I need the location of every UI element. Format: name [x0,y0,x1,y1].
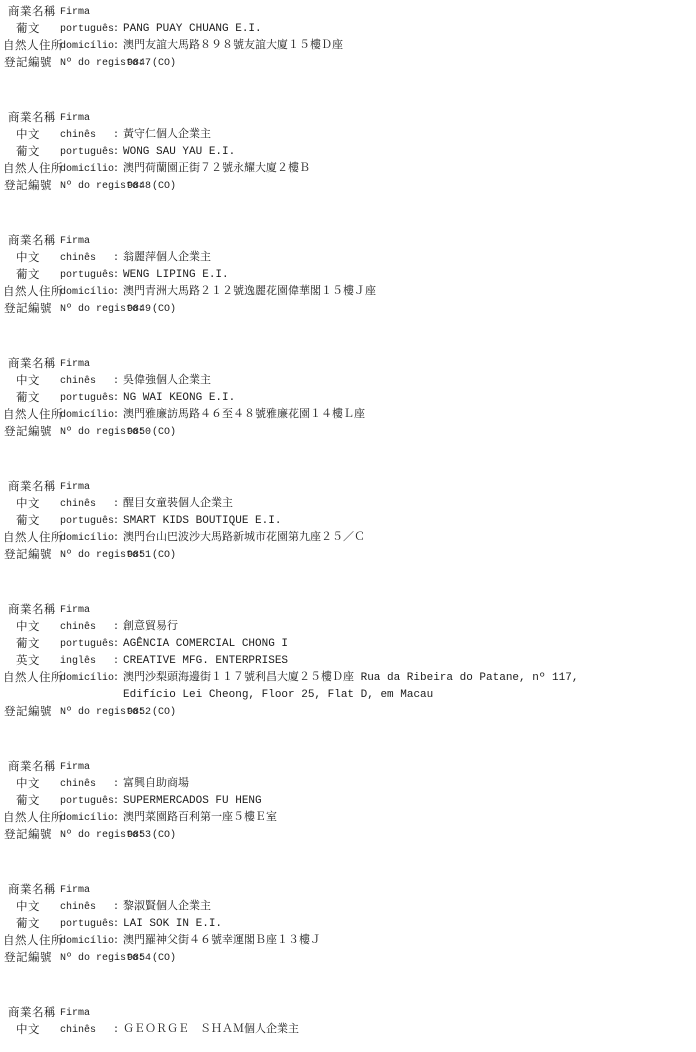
label-address-pt: domicílio [60,407,114,424]
label-portuguese-zh: 葡文 [16,916,40,933]
colon-separator: : [113,670,119,687]
business-name-header-row: 商業名稱 Firma [0,882,696,899]
business-name-header-row: 商業名稱 Firma [0,602,696,619]
label-address-zh: 自然人住所 [3,530,63,547]
label-address-zh: 自然人住所 [3,284,63,301]
chinese-name-value: 黎淑賢個人企業主 [123,899,211,916]
label-portuguese-pt: português [60,267,114,284]
label-portuguese-pt: português [60,513,114,530]
label-chinese-zh: 中文 [16,250,40,267]
registration-number-value: 9851 [127,547,151,564]
label-chinese-zh: 中文 [16,1022,40,1039]
label-address-pt: domicílio [60,530,114,547]
registration-suffix: (CO) [152,178,176,195]
label-address-pt: domicílio [60,810,114,827]
colon-separator: : [113,793,119,810]
label-chinese-pt: chinês [60,1022,96,1039]
chinese-name-value: 創意貿易行 [123,619,178,636]
registry-entry: 商業名稱 Firma 中文 chinês : 翁麗萍個人企業主 葡文 portu… [0,233,696,318]
address-row: 自然人住所 domicílio : 澳門沙梨頭海邊街１１７號利昌大廈２５樓Ｄ座 … [0,670,696,687]
chinese-name-row: 中文 chinês : ＧＥＯＲＧＥ ＳＨＡＭ個人企業主 [0,1022,696,1039]
colon-separator: : [113,161,119,178]
registration-number-value: 9852 [127,704,151,721]
label-business-name-zh: 商業名稱 [8,882,56,899]
label-registration-zh: 登記編號 [4,301,52,318]
colon-separator: : [113,373,119,390]
registration-suffix: (CO) [152,950,176,967]
registry-entry: 商業名稱 Firma 中文 chinês : 醒目女童裝個人企業主 葡文 por… [0,479,696,564]
chinese-name-value: 吳偉強個人企業主 [123,373,211,390]
label-portuguese-zh: 葡文 [16,636,40,653]
portuguese-name-row: 葡文 português : SMART KIDS BOUTIQUE E.I. [0,513,696,530]
label-business-name-pt: Firma [60,4,90,21]
label-chinese-pt: chinês [60,127,96,144]
colon-separator: : [113,899,119,916]
chinese-name-row: 中文 chinês : 富興自助商場 [0,776,696,793]
label-english-pt: inglês [60,653,96,670]
portuguese-name-value: WENG LIPING E.I. [123,267,229,284]
colon-separator: : [113,390,119,407]
chinese-name-row: 中文 chinês : 黎淑賢個人企業主 [0,899,696,916]
registration-number-row: 登記編號 Nº do registo: 9851 (CO) [0,547,696,564]
label-business-name-pt: Firma [60,882,90,899]
colon-separator: : [113,250,119,267]
colon-separator: : [113,619,119,636]
chinese-name-value: ＧＥＯＲＧＥ ＳＨＡＭ個人企業主 [123,1022,299,1039]
portuguese-name-value: PANG PUAY CHUANG E.I. [123,21,262,38]
registration-suffix: (CO) [152,424,176,441]
label-portuguese-zh: 葡文 [16,267,40,284]
address-row: 自然人住所 domicílio : 澳門荷蘭園正街７２號永耀大廈２樓Ｂ [0,161,696,178]
label-portuguese-pt: português [60,21,114,38]
registration-suffix: (CO) [152,301,176,318]
colon-separator: : [113,513,119,530]
portuguese-name-row: 葡文 português : NG WAI KEONG E.I. [0,390,696,407]
colon-separator: : [113,933,119,950]
label-address-zh: 自然人住所 [3,38,63,55]
address-row-continuation: Edifício Lei Cheong, Floor 25, Flat D, e… [0,687,696,704]
chinese-name-value: 翁麗萍個人企業主 [123,250,211,267]
portuguese-name-value: NG WAI KEONG E.I. [123,390,235,407]
label-address-zh: 自然人住所 [3,810,63,827]
business-name-header-row: 商業名稱 Firma [0,356,696,373]
chinese-name-value: 黃守仁個人企業主 [123,127,211,144]
portuguese-name-value: SMART KIDS BOUTIQUE E.I. [123,513,281,530]
colon-separator: : [113,810,119,827]
label-chinese-zh: 中文 [16,899,40,916]
label-registration-zh: 登記編號 [4,424,52,441]
label-registration-zh: 登記編號 [4,827,52,844]
label-address-pt: domicílio [60,161,114,178]
label-chinese-pt: chinês [60,250,96,267]
portuguese-name-value: SUPERMERCADOS FU HENG [123,793,262,810]
registry-entry: 商業名稱 Firma 中文 chinês : 黃守仁個人企業主 葡文 portu… [0,110,696,195]
registration-number-value: 9848 [127,178,151,195]
colon-separator: : [113,21,119,38]
chinese-name-row: 中文 chinês : 黃守仁個人企業主 [0,127,696,144]
registry-entry: 商業名稱 Firma 中文 chinês : 創意貿易行 葡文 portuguê… [0,602,696,721]
registry-entry: 商業名稱 Firma 中文 chinês : 富興自助商場 葡文 portugu… [0,759,696,844]
label-portuguese-zh: 葡文 [16,513,40,530]
registry-entry: 商業名稱 Firma 中文 chinês : 吳偉強個人企業主 葡文 portu… [0,356,696,441]
scanned-registry-page: 商業名稱 Firma 葡文 português : PANG PUAY CHUA… [0,0,696,1052]
address-value-line1: 澳門荷蘭園正街７２號永耀大廈２樓Ｂ [123,161,310,178]
label-business-name-zh: 商業名稱 [8,110,56,127]
registry-entries-list: 商業名稱 Firma 葡文 português : PANG PUAY CHUA… [0,4,696,1039]
label-business-name-pt: Firma [60,110,90,127]
label-registration-zh: 登記編號 [4,547,52,564]
label-chinese-pt: chinês [60,776,96,793]
colon-separator: : [113,776,119,793]
label-business-name-zh: 商業名稱 [8,233,56,250]
english-name-value: CREATIVE MFG. ENTERPRISES [123,653,288,670]
label-business-name-pt: Firma [60,1005,90,1022]
registration-number-row: 登記編號 Nº do registo: 9852 (CO) [0,704,696,721]
address-row: 自然人住所 domicílio : 澳門青洲大馬路２１２號逸麗花園偉華閣１５樓Ｊ… [0,284,696,301]
colon-separator: : [113,267,119,284]
colon-separator: : [113,916,119,933]
colon-separator: : [113,407,119,424]
label-business-name-zh: 商業名稱 [8,479,56,496]
label-chinese-pt: chinês [60,619,96,636]
colon-separator: : [113,284,119,301]
label-address-zh: 自然人住所 [3,407,63,424]
portuguese-name-row: 葡文 português : AGÊNCIA COMERCIAL CHONG I [0,636,696,653]
business-name-header-row: 商業名稱 Firma [0,759,696,776]
label-registration-zh: 登記編號 [4,178,52,195]
portuguese-name-value: WONG SAU YAU E.I. [123,144,235,161]
label-address-zh: 自然人住所 [3,670,63,687]
business-name-header-row: 商業名稱 Firma [0,1005,696,1022]
registry-entry: 商業名稱 Firma 中文 chinês : ＧＥＯＲＧＥ ＳＨＡＭ個人企業主 [0,1005,696,1039]
label-portuguese-pt: português [60,636,114,653]
address-row: 自然人住所 domicílio : 澳門台山巴波沙大馬路新城市花園第九座２５／Ｃ [0,530,696,547]
address-value-line1: 澳門台山巴波沙大馬路新城市花園第九座２５／Ｃ [123,530,365,547]
chinese-name-row: 中文 chinês : 翁麗萍個人企業主 [0,250,696,267]
label-chinese-pt: chinês [60,899,96,916]
label-chinese-zh: 中文 [16,127,40,144]
label-chinese-zh: 中文 [16,496,40,513]
registration-number-value: 9847 [127,55,151,72]
portuguese-name-row: 葡文 português : WENG LIPING E.I. [0,267,696,284]
chinese-name-row: 中文 chinês : 創意貿易行 [0,619,696,636]
label-business-name-zh: 商業名稱 [8,759,56,776]
registration-suffix: (CO) [152,704,176,721]
label-portuguese-zh: 葡文 [16,21,40,38]
label-registration-zh: 登記編號 [4,704,52,721]
chinese-name-row: 中文 chinês : 醒目女童裝個人企業主 [0,496,696,513]
registration-suffix: (CO) [152,827,176,844]
label-portuguese-zh: 葡文 [16,144,40,161]
address-value-line2: Edifício Lei Cheong, Floor 25, Flat D, e… [123,687,433,704]
label-portuguese-pt: português [60,390,114,407]
registration-number-value: 9850 [127,424,151,441]
address-value-line1: 澳門羅神父街４６號幸運閣Ｂ座１３樓Ｊ [123,933,321,950]
label-chinese-pt: chinês [60,373,96,390]
registration-number-row: 登記編號 Nº do registo: 9853 (CO) [0,827,696,844]
business-name-header-row: 商業名稱 Firma [0,110,696,127]
address-value-line1: 澳門雅廉訪馬路４６至４８號雅廉花園１４樓Ｌ座 [123,407,365,424]
label-portuguese-zh: 葡文 [16,793,40,810]
address-value-line1: 澳門沙梨頭海邊街１１７號利昌大廈２５樓Ｄ座 Rua da Ribeira do … [123,670,578,687]
registry-entry: 商業名稱 Firma 中文 chinês : 黎淑賢個人企業主 葡文 portu… [0,882,696,967]
portuguese-name-row: 葡文 português : LAI SOK IN E.I. [0,916,696,933]
label-english-zh: 英文 [16,653,40,670]
label-address-pt: domicílio [60,933,114,950]
address-row: 自然人住所 domicílio : 澳門雅廉訪馬路４６至４８號雅廉花園１４樓Ｌ座 [0,407,696,424]
registration-number-row: 登記編號 Nº do registo: 9854 (CO) [0,950,696,967]
business-name-header-row: 商業名稱 Firma [0,233,696,250]
label-business-name-pt: Firma [60,233,90,250]
label-address-pt: domicílio [60,38,114,55]
label-address-zh: 自然人住所 [3,933,63,950]
address-value-line1: 澳門青洲大馬路２１２號逸麗花園偉華閣１５樓Ｊ座 [123,284,376,301]
business-name-header-row: 商業名稱 Firma [0,479,696,496]
registration-number-row: 登記編號 Nº do registo: 9848 (CO) [0,178,696,195]
label-business-name-zh: 商業名稱 [8,1005,56,1022]
label-business-name-pt: Firma [60,602,90,619]
colon-separator: : [113,38,119,55]
registration-suffix: (CO) [152,55,176,72]
registration-number-value: 9854 [127,950,151,967]
colon-separator: : [113,496,119,513]
label-chinese-zh: 中文 [16,619,40,636]
portuguese-name-row: 葡文 português : PANG PUAY CHUANG E.I. [0,21,696,38]
portuguese-name-row: 葡文 português : SUPERMERCADOS FU HENG [0,793,696,810]
label-portuguese-zh: 葡文 [16,390,40,407]
english-name-row: 英文 inglês : CREATIVE MFG. ENTERPRISES [0,653,696,670]
label-address-pt: domicílio [60,284,114,301]
portuguese-name-row: 葡文 português : WONG SAU YAU E.I. [0,144,696,161]
registration-number-value: 9853 [127,827,151,844]
chinese-name-value: 富興自助商場 [123,776,189,793]
address-value-line1: 澳門友誼大馬路８９８號友誼大廈１５樓Ｄ座 [123,38,343,55]
colon-separator: : [113,636,119,653]
address-row: 自然人住所 domicílio : 澳門友誼大馬路８９８號友誼大廈１５樓Ｄ座 [0,38,696,55]
colon-separator: : [113,1022,119,1039]
address-value-line1: 澳門菜園路百利第一座５樓Ｅ室 [123,810,277,827]
registration-number-row: 登記編號 Nº do registo: 9850 (CO) [0,424,696,441]
colon-separator: : [113,144,119,161]
colon-separator: : [113,530,119,547]
address-row: 自然人住所 domicílio : 澳門菜園路百利第一座５樓Ｅ室 [0,810,696,827]
label-business-name-pt: Firma [60,356,90,373]
label-registration-zh: 登記編號 [4,55,52,72]
colon-separator: : [113,653,119,670]
label-address-zh: 自然人住所 [3,161,63,178]
address-row: 自然人住所 domicílio : 澳門羅神父街４６號幸運閣Ｂ座１３樓Ｊ [0,933,696,950]
business-name-header-row: 商業名稱 Firma [0,4,696,21]
registration-number-value: 9849 [127,301,151,318]
registration-number-row: 登記編號 Nº do registo: 9849 (CO) [0,301,696,318]
portuguese-name-value: LAI SOK IN E.I. [123,916,222,933]
label-business-name-zh: 商業名稱 [8,4,56,21]
label-portuguese-pt: português [60,793,114,810]
colon-separator: : [113,127,119,144]
registry-entry: 商業名稱 Firma 葡文 português : PANG PUAY CHUA… [0,4,696,72]
label-portuguese-pt: português [60,916,114,933]
portuguese-name-value: AGÊNCIA COMERCIAL CHONG I [123,636,288,653]
chinese-name-row: 中文 chinês : 吳偉強個人企業主 [0,373,696,390]
label-chinese-zh: 中文 [16,776,40,793]
label-address-pt: domicílio [60,670,114,687]
label-business-name-pt: Firma [60,759,90,776]
label-registration-zh: 登記編號 [4,950,52,967]
label-business-name-pt: Firma [60,479,90,496]
label-chinese-pt: chinês [60,496,96,513]
label-business-name-zh: 商業名稱 [8,602,56,619]
registration-suffix: (CO) [152,547,176,564]
label-chinese-zh: 中文 [16,373,40,390]
registration-number-row: 登記編號 Nº do registo: 9847 (CO) [0,55,696,72]
label-portuguese-pt: português [60,144,114,161]
chinese-name-value: 醒目女童裝個人企業主 [123,496,233,513]
label-business-name-zh: 商業名稱 [8,356,56,373]
